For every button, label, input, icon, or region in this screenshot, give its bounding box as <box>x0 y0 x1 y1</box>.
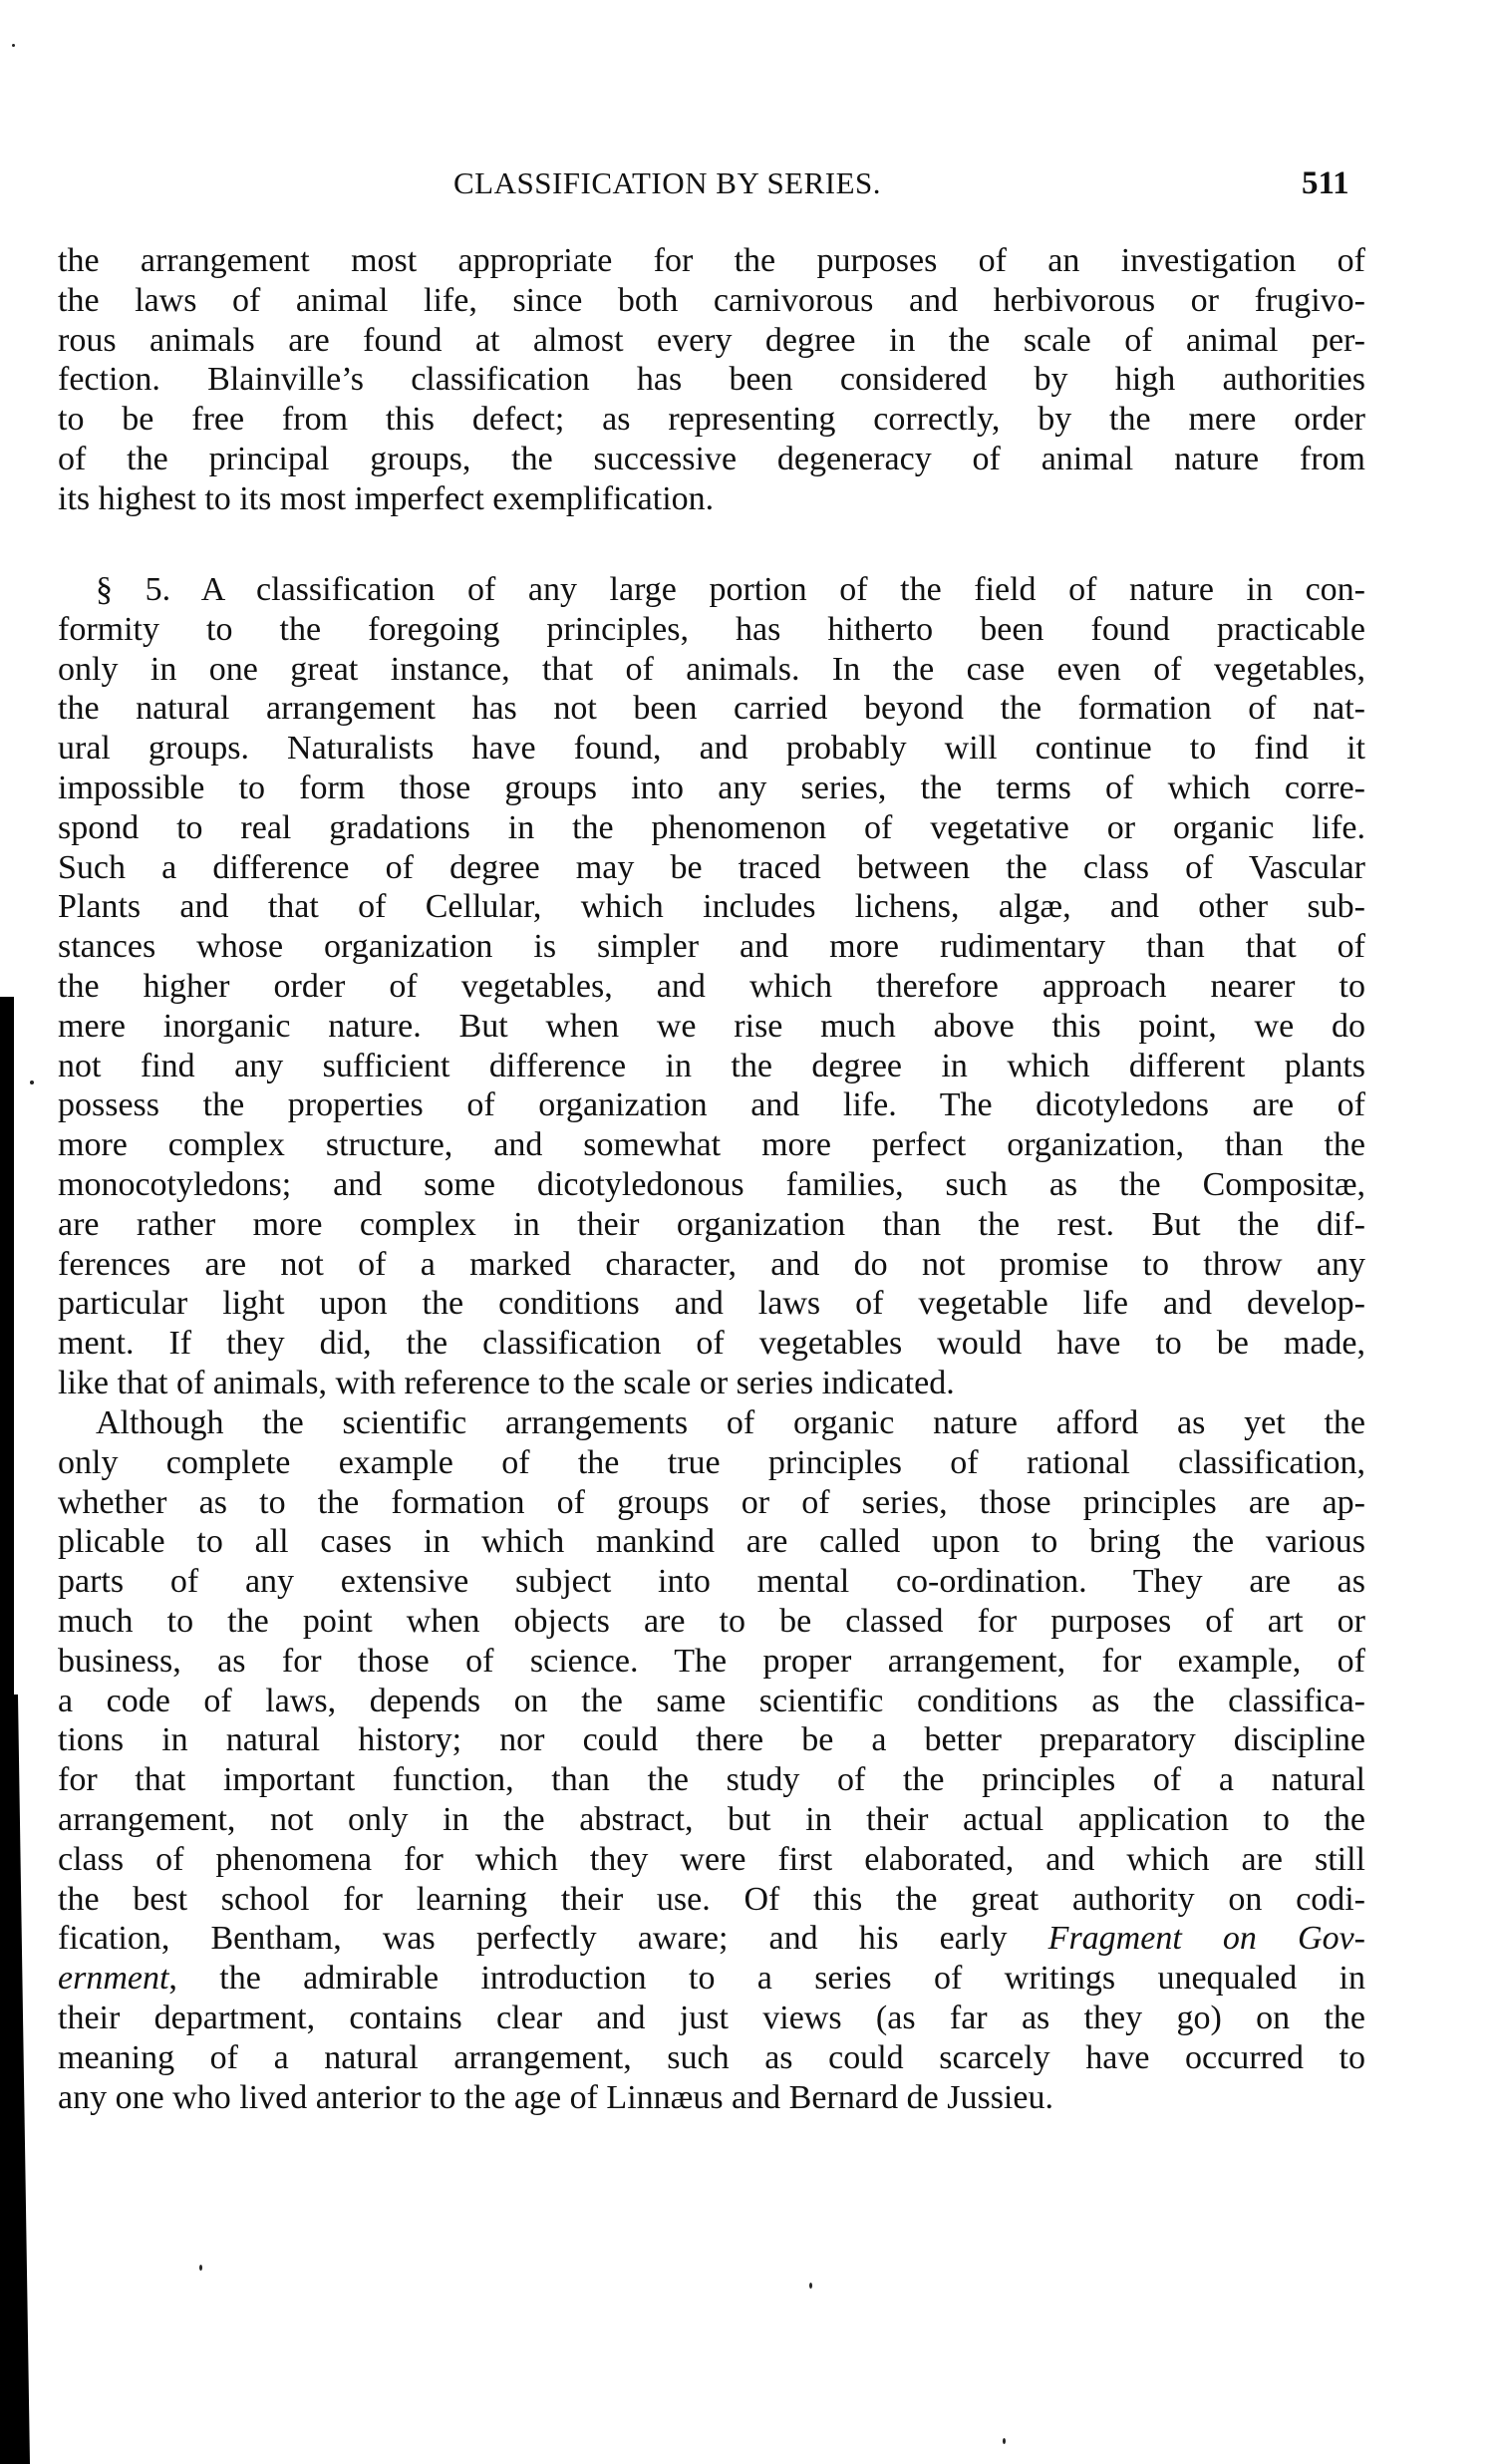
text-line: ferences are not of a marked character, … <box>58 1245 1365 1285</box>
text-line: ural groups. Naturalists have found, and… <box>58 729 1365 769</box>
text-line: rous animals are found at almost every d… <box>58 321 1365 361</box>
text-line: formity to the foregoing principles, has… <box>58 610 1365 650</box>
text-line: Plants and that of Cellular, which inclu… <box>58 887 1365 927</box>
paragraph-3-first-line: Although the scientific arrangements of … <box>58 1403 1365 1443</box>
text-line: its highest to its most imperfect exempl… <box>58 479 1365 519</box>
text-line: tions in natural history; nor could ther… <box>58 1720 1365 1760</box>
text-line: only in one great instance, that of anim… <box>58 650 1365 690</box>
book-page: CLASSIFICATION BY SERIES. 511 the arrang… <box>0 0 1490 2464</box>
scan-speck <box>12 44 15 47</box>
text-line: any one who lived anterior to the age of… <box>58 2078 1365 2118</box>
text-line: to be free from this defect; as represen… <box>58 400 1365 440</box>
text-line: their department, contains clear and jus… <box>58 1999 1365 2038</box>
text-line: the laws of animal life, since both carn… <box>58 281 1365 321</box>
text-line: like that of animals, with reference to … <box>58 1364 1365 1403</box>
text-line: not find any sufficient difference in th… <box>58 1047 1365 1086</box>
text-line: Such a difference of degree may be trace… <box>58 848 1365 888</box>
text-line: the natural arrangement has not been car… <box>58 689 1365 729</box>
text-line: of the principal groups, the successive … <box>58 440 1365 479</box>
text-line: parts of any extensive subject into ment… <box>58 1562 1365 1602</box>
text-line: stances whose organization is simpler an… <box>58 927 1365 967</box>
scan-speck <box>199 2265 202 2271</box>
scan-speck <box>1003 2438 1006 2444</box>
text-line: the higher order of vegetables, and whic… <box>58 967 1365 1007</box>
text-line: spond to real gradations in the phenomen… <box>58 808 1365 848</box>
text-line: fection. Blainville’s classification has… <box>58 360 1365 400</box>
text-line: a code of laws, depends on the same scie… <box>58 1682 1365 1721</box>
italic-title-fragment: ernment <box>58 1960 168 1997</box>
text-line-with-italic: fication, Bentham, was perfectly aware; … <box>58 1919 1365 1959</box>
text-span: fication, Bentham, was perfectly aware; … <box>58 1920 1048 1957</box>
binding-edge-shadow-lower <box>0 1694 30 2464</box>
text-line-with-italic: ernment, the admirable introduction to a… <box>58 1959 1365 1999</box>
running-head: CLASSIFICATION BY SERIES. 511 <box>0 165 1490 205</box>
text-line: ment. If they did, the classification of… <box>58 1324 1365 1364</box>
text-line: are rather more complex in their organiz… <box>58 1205 1365 1245</box>
scan-speck <box>809 2283 812 2289</box>
text-line: particular light upon the conditions and… <box>58 1284 1365 1324</box>
text-line: business, as for those of science. The p… <box>58 1642 1365 1682</box>
text-line: only complete example of the true princi… <box>58 1443 1365 1483</box>
text-line: monocotyledons; and some dicotyledonous … <box>58 1165 1365 1205</box>
text-line: the arrangement most appropriate for the… <box>58 241 1365 281</box>
text-line: plicable to all cases in which mankind a… <box>58 1522 1365 1562</box>
text-line: much to the point when objects are to be… <box>58 1602 1365 1642</box>
text-line: more complex structure, and somewhat mor… <box>58 1125 1365 1165</box>
text-line: arrangement, not only in the abstract, b… <box>58 1800 1365 1840</box>
scan-speck <box>30 1080 34 1084</box>
text-line: for that important function, than the st… <box>58 1760 1365 1800</box>
text-span: , the admirable introduction to a series… <box>168 1960 1365 1997</box>
paragraph-3: Although the scientific arrangements of … <box>58 1403 1365 2117</box>
page-number: 511 <box>1302 165 1349 202</box>
text-line: impossible to form those groups into any… <box>58 769 1365 808</box>
italic-title-fragment: Fragment on Gov- <box>1048 1920 1365 1957</box>
paragraph-section-5: § 5. A classification of any large porti… <box>58 570 1365 1403</box>
running-title: CLASSIFICATION BY SERIES. <box>453 165 881 201</box>
section-5-first-line: § 5. A classification of any large porti… <box>58 570 1365 610</box>
text-line: possess the properties of organization a… <box>58 1085 1365 1125</box>
text-line: class of phenomena for which they were f… <box>58 1840 1365 1880</box>
text-line: the best school for learning their use. … <box>58 1880 1365 1920</box>
paragraph-1: the arrangement most appropriate for the… <box>58 241 1365 519</box>
text-line: meaning of a natural arrangement, such a… <box>58 2038 1365 2078</box>
text-line: whether as to the formation of groups or… <box>58 1483 1365 1523</box>
text-line: mere inorganic nature. But when we rise … <box>58 1007 1365 1047</box>
